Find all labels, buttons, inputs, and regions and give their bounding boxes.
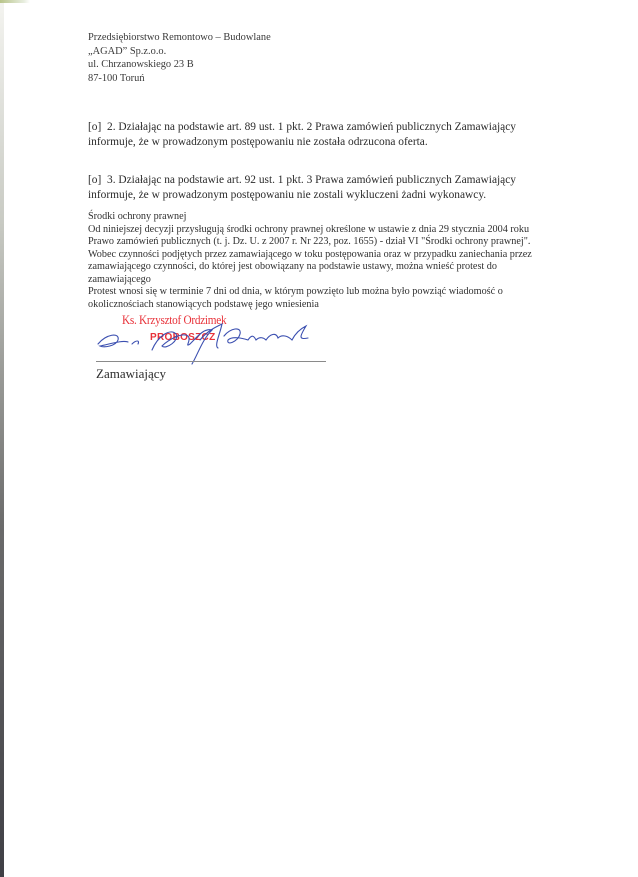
recipient-line: ul. Chrzanowskiego 23 B (88, 58, 271, 72)
recipient-line: 87-100 Toruń (88, 72, 271, 86)
legal-line: Prawo zamówień publicznych (t. j. Dz. U.… (88, 236, 532, 249)
signature-line (96, 361, 326, 362)
legal-line: Od niniejszej decyzji przysługują środki… (88, 224, 532, 237)
decision-paragraph-2: [o] 2. Działając na podstawie art. 89 us… (88, 120, 516, 150)
checkbox-marker: [o] (88, 174, 101, 186)
paragraph-line: informuje, że w prowadzonym postępowaniu… (88, 188, 516, 203)
legal-heading: Środki ochrony prawnej (88, 211, 532, 224)
legal-line: zamawiającego (88, 274, 532, 287)
legal-line: zamawiającego czynności, do której jest … (88, 261, 532, 274)
signatory-label: Zamawiający (96, 366, 166, 382)
legal-line: Protest wnosi się w terminie 7 dni od dn… (88, 286, 532, 299)
recipient-address: Przedsiębiorstwo Remontowo – Budowlane „… (88, 31, 271, 85)
decision-paragraph-3: [o] 3. Działając na podstawie art. 92 us… (88, 173, 516, 203)
paragraph-line: 3. Działając na podstawie art. 92 ust. 1… (107, 174, 516, 186)
paragraph-line: 2. Działając na podstawie art. 89 ust. 1… (107, 121, 516, 133)
scan-border-top (0, 0, 30, 3)
paragraph-line: informuje, że w prowadzonym postępowaniu… (88, 135, 516, 150)
recipient-line: Przedsiębiorstwo Remontowo – Budowlane (88, 31, 271, 45)
legal-remedies-section: Środki ochrony prawnej Od niniejszej dec… (88, 211, 532, 311)
recipient-line: „AGAD” Sp.z.o.o. (88, 45, 271, 59)
legal-line: Wobec czynności podjętych przez zamawiaj… (88, 249, 532, 262)
checkbox-marker: [o] (88, 121, 101, 133)
scan-border (0, 0, 4, 877)
